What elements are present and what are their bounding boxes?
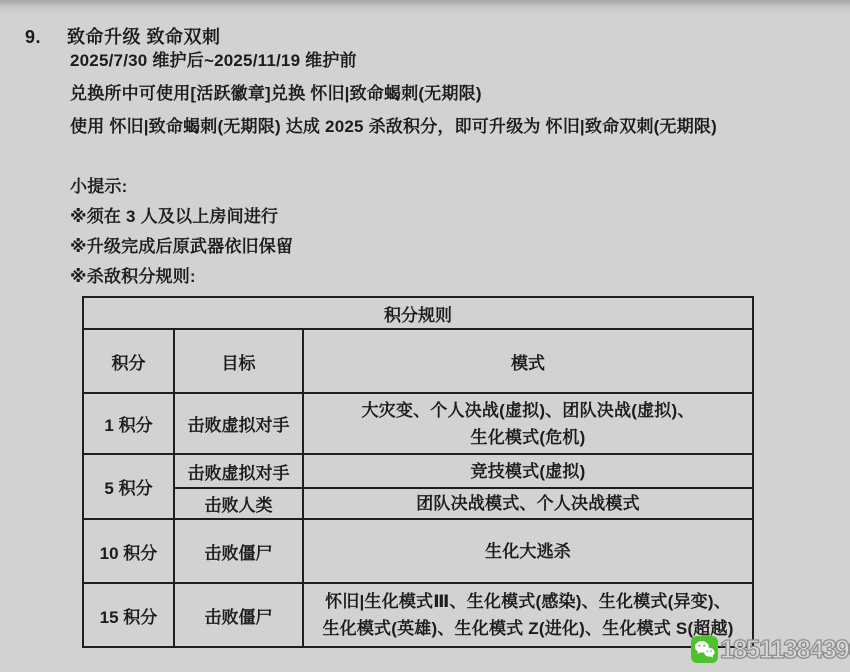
table-row: 1 积分 击败虚拟对手 大灾变、个人决战(虚拟)、团队决战(虚拟)、 生化模式(…: [83, 393, 753, 454]
table-header-row: 积分 目标 模式: [83, 329, 753, 393]
table-title: 积分规则: [83, 297, 753, 329]
tip-line: ※须在 3 人及以上房间进行: [70, 202, 293, 232]
target-cell: 击败僵尸: [174, 519, 303, 583]
watermark: 18511384396: [691, 636, 850, 663]
modes-cell: 团队决战模式、个人决战模式: [303, 488, 753, 519]
target-cell: 击败虚拟对手: [174, 454, 303, 488]
points-cell: 15 积分: [83, 583, 174, 647]
tips-section: 小提示: ※须在 3 人及以上房间进行 ※升级完成后原武器依旧保留 ※杀敌积分规…: [70, 172, 293, 292]
tips-heading: 小提示:: [70, 172, 293, 202]
modes-cell: 生化大逃杀: [303, 519, 753, 583]
modes-cell: 大灾变、个人决战(虚拟)、团队决战(虚拟)、 生化模式(危机): [303, 393, 753, 454]
points-rules-table: 积分规则 积分 目标 模式 1 积分 击败虚拟对手 大灾变、个人决战(虚拟)、团…: [82, 296, 754, 648]
points-cell: 1 积分: [83, 393, 174, 454]
header-points: 积分: [83, 329, 174, 393]
event-details: 2025/7/30 维护后~2025/11/19 维护前 兑换所中可使用[活跃徽…: [70, 44, 717, 143]
table-row: 击败人类 团队决战模式、个人决战模式: [83, 488, 753, 519]
points-cell: 10 积分: [83, 519, 174, 583]
section-number: 9.: [25, 27, 67, 48]
header-mode: 模式: [303, 329, 753, 393]
top-edge-shade: [0, 0, 850, 14]
tip-line: ※杀敌积分规则:: [70, 262, 293, 292]
table-row: 10 积分 击败僵尸 生化大逃杀: [83, 519, 753, 583]
table-row: 5 积分 击败虚拟对手 竞技模式(虚拟): [83, 454, 753, 488]
target-cell: 击败僵尸: [174, 583, 303, 647]
table-title-row: 积分规则: [83, 297, 753, 329]
target-cell: 击败人类: [174, 488, 303, 519]
table-row: 15 积分 击败僵尸 怀旧|生化模式Ⅲ、生化模式(感染)、生化模式(异变)、 生…: [83, 583, 753, 647]
modes-cell: 怀旧|生化模式Ⅲ、生化模式(感染)、生化模式(异变)、 生化模式(英雄)、生化模…: [303, 583, 753, 647]
points-cell: 5 积分: [83, 454, 174, 519]
watermark-phone-number: 18511384396: [720, 636, 850, 663]
exchange-info-line: 兑换所中可使用[活跃徽章]兑换 怀旧|致命蝎刺(无期限): [70, 77, 717, 110]
event-date-range: 2025/7/30 维护后~2025/11/19 维护前: [70, 44, 717, 77]
upgrade-info-line: 使用 怀旧|致命蝎刺(无期限) 达成 2025 杀敌积分，即可升级为 怀旧|致命…: [70, 110, 717, 143]
tip-line: ※升级完成后原武器依旧保留: [70, 232, 293, 262]
wechat-icon: [691, 636, 718, 663]
header-target: 目标: [174, 329, 303, 393]
target-cell: 击败虚拟对手: [174, 393, 303, 454]
modes-cell: 竞技模式(虚拟): [303, 454, 753, 488]
